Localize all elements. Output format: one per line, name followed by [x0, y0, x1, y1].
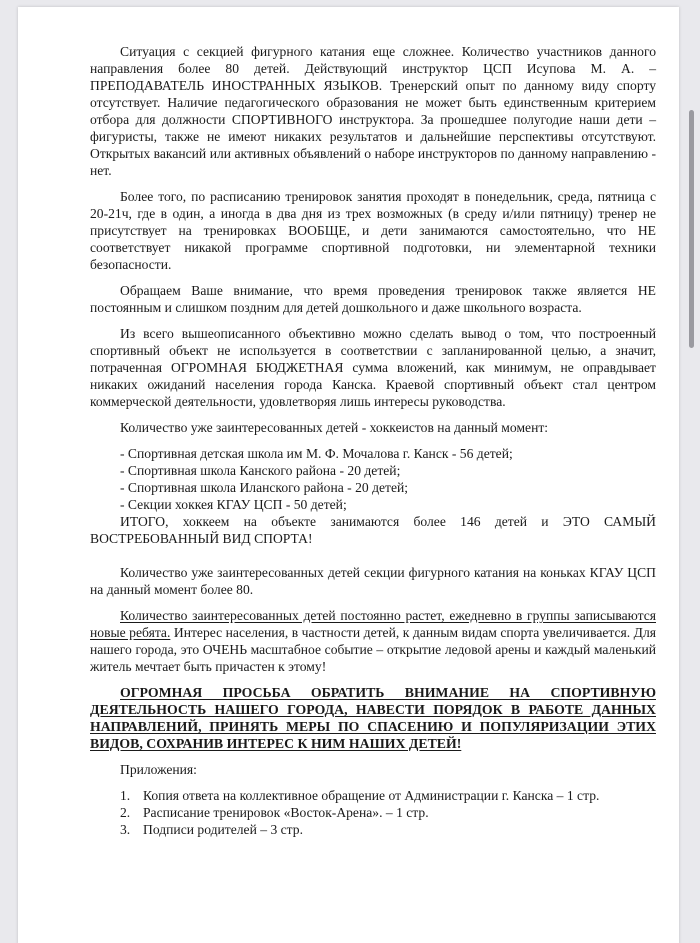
attachment-number: 2. — [120, 804, 143, 821]
scrollbar-thumb[interactable] — [689, 110, 694, 348]
appeal-statement: ОГРОМНАЯ ПРОСЬБА ОБРАТИТЬ ВНИМАНИЕ НА СП… — [90, 684, 656, 752]
document-viewer: Ситуация с секцией фигурного катания еще… — [0, 0, 700, 943]
hockey-schools-list: - Спортивная детская школа им М. Ф. Моча… — [90, 445, 656, 513]
document-page: Ситуация с секцией фигурного катания еще… — [18, 7, 679, 943]
list-item: - Спортивная школа Канского района - 20 … — [90, 462, 656, 479]
paragraph-training-schedule: Более того, по расписанию тренировок зан… — [90, 188, 656, 273]
paragraph-training-time: Обращаем Ваше внимание, что время провед… — [90, 282, 656, 316]
paragraph-figure-skating-count: Количество уже заинтересованных детей се… — [90, 564, 656, 598]
attachment-text: Подписи родителей – 3 стр. — [143, 821, 303, 838]
page-content: Ситуация с секцией фигурного катания еще… — [90, 43, 656, 838]
attachment-text: Копия ответа на коллективное обращение о… — [143, 787, 599, 804]
paragraph-conclusion: Из всего вышеописанного объективно можно… — [90, 325, 656, 410]
attachment-item: 1. Копия ответа на коллективное обращени… — [90, 787, 656, 804]
hockey-total: ИТОГО, хоккеем на объекте занимаются бол… — [90, 513, 656, 547]
paragraph-figure-skating-situation: Ситуация с секцией фигурного катания еще… — [90, 43, 656, 179]
list-item: - Секции хоккея КГАУ ЦСП - 50 детей; — [90, 496, 656, 513]
paragraph-growing-interest: Количество заинтересованных детей постоя… — [90, 607, 656, 675]
attachment-number: 1. — [120, 787, 143, 804]
paragraph-text: Интерес населения, в частности детей, к … — [90, 625, 656, 674]
attachments-list: 1. Копия ответа на коллективное обращени… — [90, 787, 656, 838]
list-item: - Спортивная детская школа им М. Ф. Моча… — [90, 445, 656, 462]
attachment-item: 2. Расписание тренировок «Восток-Арена».… — [90, 804, 656, 821]
list-item: - Спортивная школа Иланского района - 20… — [90, 479, 656, 496]
attachment-item: 3. Подписи родителей – 3 стр. — [90, 821, 656, 838]
attachment-text: Расписание тренировок «Восток-Арена». – … — [143, 804, 429, 821]
attachments-heading: Приложения: — [90, 761, 656, 778]
attachment-number: 3. — [120, 821, 143, 838]
paragraph-hockey-intro: Количество уже заинтересованных детей - … — [90, 419, 656, 436]
